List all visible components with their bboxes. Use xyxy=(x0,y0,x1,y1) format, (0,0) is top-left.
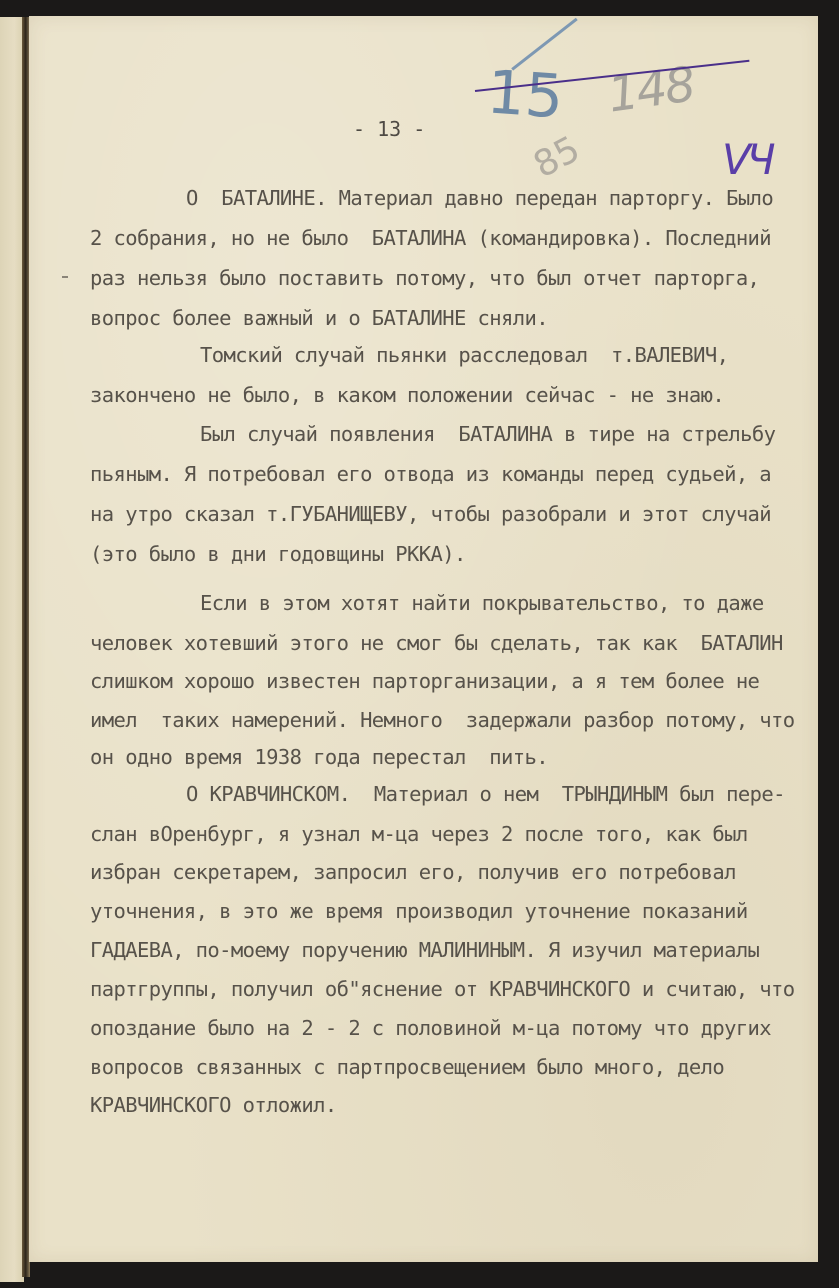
text-line: раз нельзя было поставить потому, что бы… xyxy=(90,268,759,289)
text-line: вопрос более важный и о БАТАЛИНЕ сняли. xyxy=(90,308,548,329)
text-line: пьяным. Я потребовал его отвода из коман… xyxy=(90,464,771,485)
handwritten-initials: VЧ xyxy=(722,135,772,184)
archive-folio-blue: 15 xyxy=(485,57,566,132)
adjacent-page-edge xyxy=(0,17,24,1282)
page-number: - 13 - xyxy=(353,117,425,141)
text-line: Томский случай пьянки расследовал т.ВАЛЕ… xyxy=(200,345,728,366)
text-line: О БАТАЛИНЕ. Материал давно передан парто… xyxy=(186,188,773,209)
text-line: Был случай появления БАТАЛИНА в тире на … xyxy=(200,424,775,445)
text-line: (это было в дни годовщины РККА). xyxy=(90,544,466,565)
text-line: О КРАВЧИНСКОМ. Материал о нем ТРЫНДИНЫМ … xyxy=(186,784,785,805)
text-line: на утро сказал т.ГУБАНИЩЕВУ, чтобы разоб… xyxy=(90,504,771,525)
text-line: уточнения, в это же время производил уто… xyxy=(90,901,748,922)
text-line: ГАДАЕВА, по-моему поручению МАЛИНИНЫМ. Я… xyxy=(90,940,759,961)
text-line: слан вОренбург, я узнал м-ца через 2 пос… xyxy=(90,824,748,845)
margin-mark xyxy=(62,276,68,278)
text-line: партгруппы, получил об"яснение от КРАВЧИ… xyxy=(90,979,795,1000)
text-line: закончено не было, в каком положении сей… xyxy=(90,385,724,406)
scan-scene: - 13 - 15 148 85 VЧ О БАТАЛИНЕ. Материал… xyxy=(0,0,839,1288)
text-line: Если в этом хотят найти покрывательство,… xyxy=(200,593,764,614)
text-line: имел таких намерений. Немного задержали … xyxy=(90,710,795,731)
text-line: человек хотевший этого не смог бы сделат… xyxy=(90,633,783,654)
text-line: избран секретарем, запросил его, получив… xyxy=(90,862,736,883)
text-line: 2 собрания, но не было БАТАЛИНА (команди… xyxy=(90,228,771,249)
text-line: он одно время 1938 года перестал пить. xyxy=(90,747,548,768)
text-line: слишком хорошо известен парторганизации,… xyxy=(90,671,759,692)
text-line: опоздание было на 2 - 2 с половиной м-ца… xyxy=(90,1018,771,1039)
text-line: вопросов связанных с партпросвещением бы… xyxy=(90,1057,724,1078)
text-line: КРАВЧИНСКОГО отложил. xyxy=(90,1095,337,1116)
